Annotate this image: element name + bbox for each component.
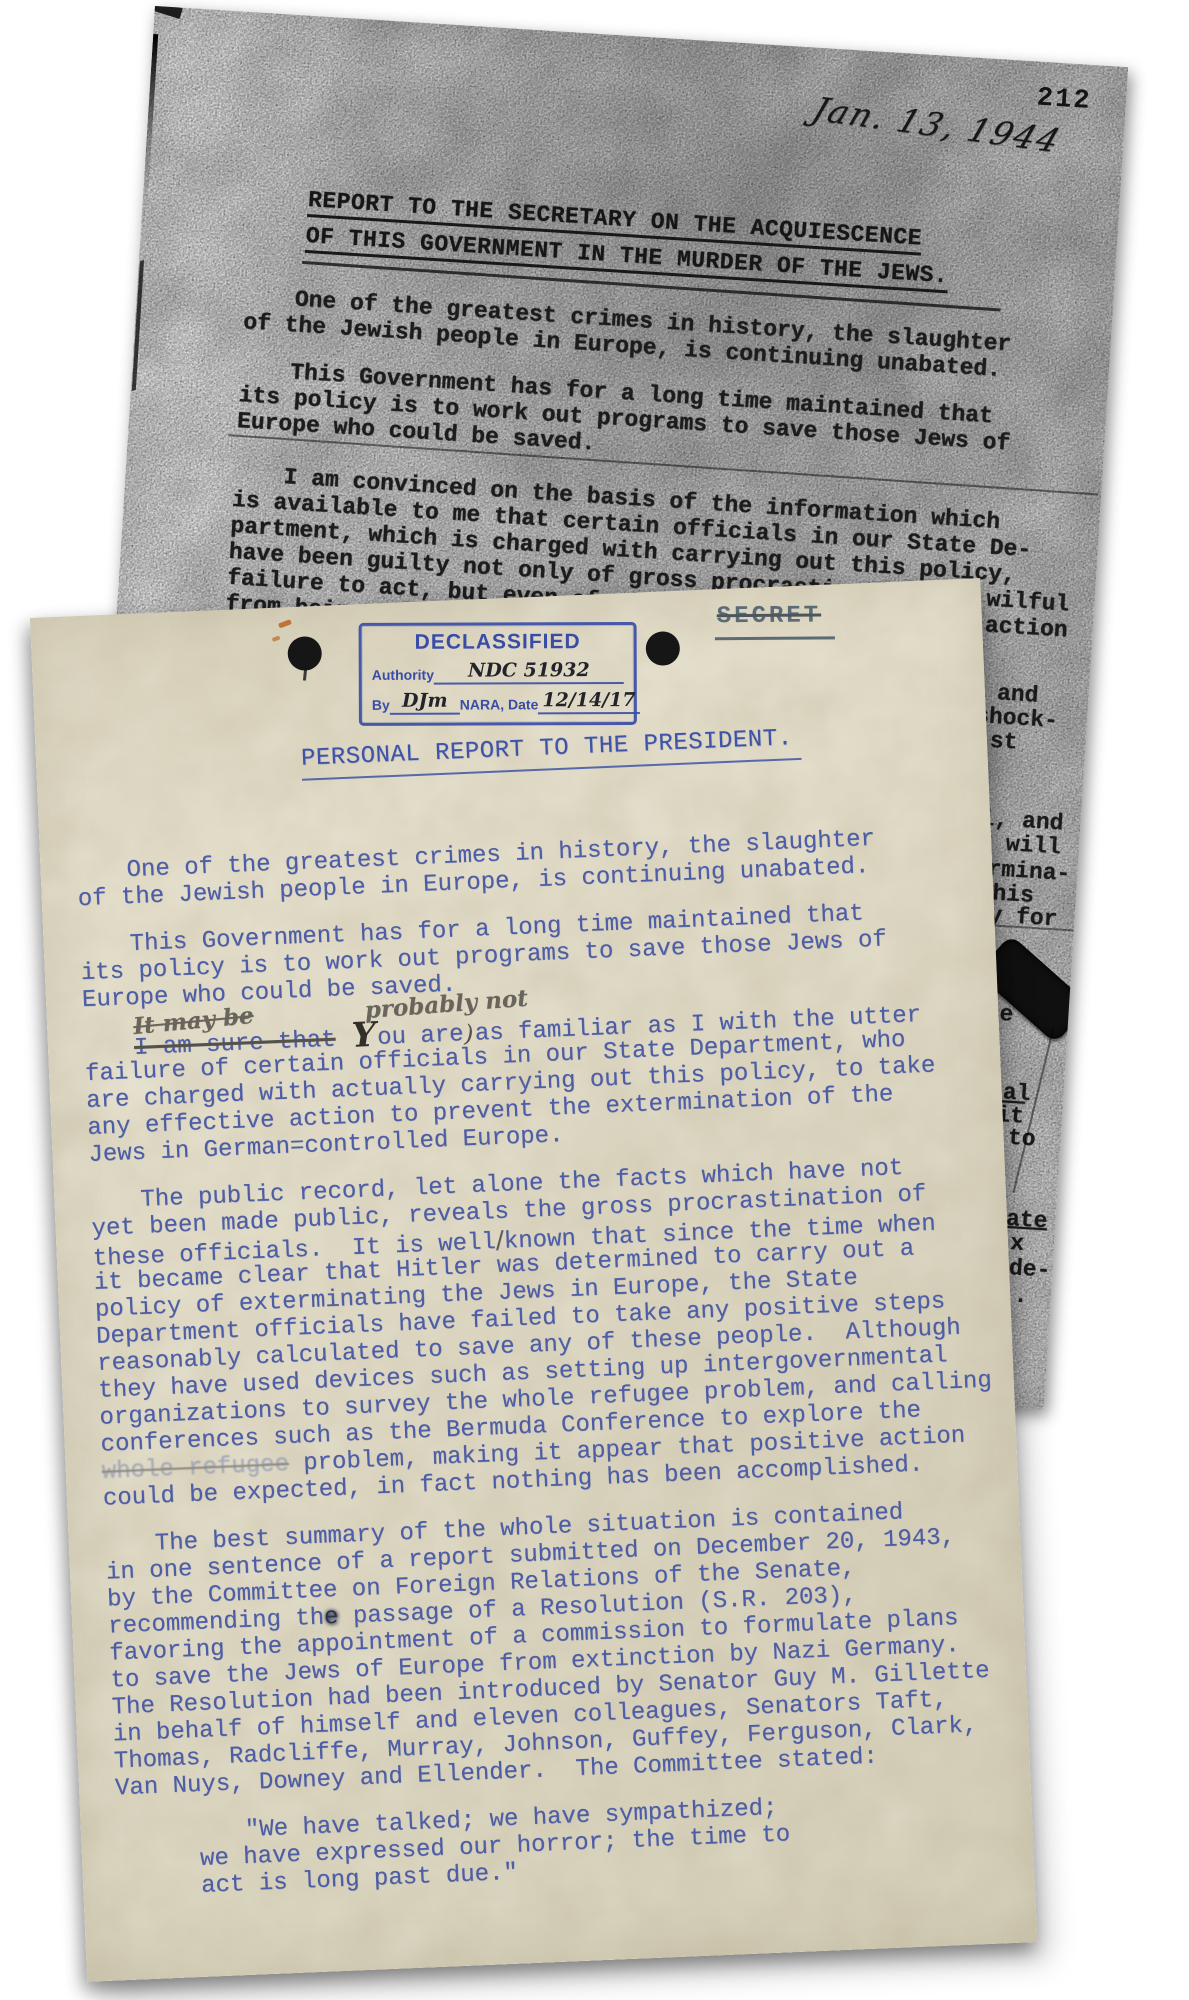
- authority-value-handwritten: NDC 51932: [434, 659, 624, 685]
- edge-fragment: .: [1013, 1283, 1028, 1310]
- page-number: 212: [1036, 84, 1092, 117]
- nara-date-label: NARA, Date: [460, 696, 539, 714]
- front-doc-title: PERSONAL REPORT TO THE PRESIDENT.: [301, 725, 802, 781]
- by-label: By: [372, 697, 390, 715]
- handwritten-date: Jan. 13, 1944: [807, 90, 1066, 160]
- by-value-handwritten: DJm: [390, 690, 460, 715]
- committee-quote-block: "We have talked; we have sympathized; we…: [117, 1785, 1038, 1904]
- hole-punch-dot: [287, 636, 322, 671]
- edge-streak: [142, 34, 158, 214]
- stain-speck: [272, 635, 281, 642]
- back-doc-title: REPORT TO THE SECRETARY ON THE ACQUIESCE…: [305, 184, 952, 296]
- edge-streak: [132, 260, 144, 391]
- edge-fragment: st: [989, 728, 1018, 756]
- typed-text-column: One of the greatest crimes in history, t…: [76, 822, 1037, 1925]
- pencil-caret-mark: ): [462, 1020, 476, 1047]
- secret-classification-struck: SECRET: [715, 602, 836, 640]
- edge-fragment: x: [1009, 1230, 1024, 1257]
- declassified-stamp: DECLASSIFIED Authority NDC 51932 By DJm …: [359, 622, 637, 726]
- edge-fragment: to: [1007, 1125, 1036, 1153]
- stamp-title: DECLASSIFIED: [372, 630, 624, 655]
- front-paragraph-5: The best summary of the whole situation …: [104, 1495, 1034, 1803]
- stain-speck: [278, 619, 292, 628]
- hole-punch-dot: [645, 631, 680, 666]
- corner-mark: [151, 6, 183, 19]
- front-paragraph-2: This Government has for a long time main…: [79, 896, 1002, 1015]
- edge-fragment: will: [1005, 831, 1062, 860]
- front-paragraph-3: I am sure that You are)as familiar as I …: [84, 997, 1009, 1170]
- date-value-handwritten: 12/14/17: [538, 689, 639, 714]
- scanned-documents-canvas: 212 Jan. 13, 1944 REPORT TO THE SECRETAR…: [0, 0, 1189, 2000]
- front-document: DECLASSIFIED Authority NDC 51932 By DJm …: [30, 578, 1037, 1982]
- edge-fragment: de-: [1008, 1255, 1051, 1284]
- handwritten-capital-y: Y: [352, 1035, 376, 1036]
- authority-label: Authority: [372, 667, 434, 685]
- front-paragraph-4: The public record, let alone the facts w…: [90, 1151, 1023, 1513]
